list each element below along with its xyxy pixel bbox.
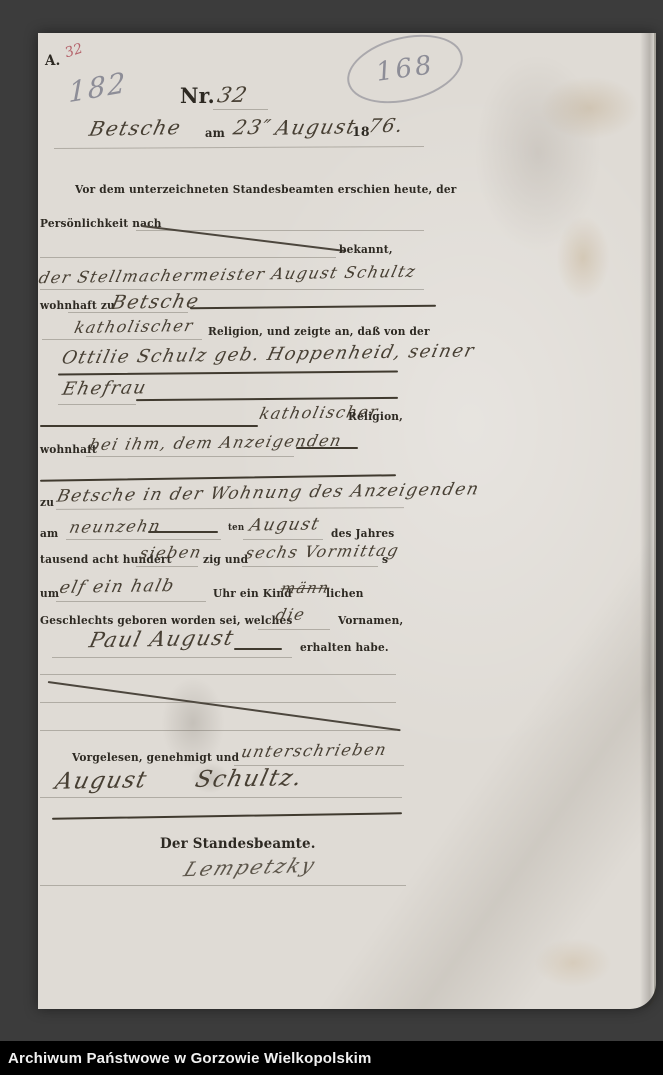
article-value: die: [274, 605, 308, 625]
vorgelesen-label: Vorgelesen, genehmigt und: [72, 751, 239, 764]
rule: [40, 257, 336, 258]
s-label: s: [382, 553, 388, 566]
year-decade-value: sieben: [138, 542, 204, 562]
birth-time-value: elf ein halb: [57, 576, 177, 598]
declarant-signature-last: Schultz.: [193, 765, 306, 793]
birth-day-value: neunzehn: [68, 516, 164, 537]
nr-label: Nr.: [180, 83, 215, 108]
am-label: am: [205, 126, 225, 140]
religion2-label: Religion,: [348, 410, 403, 423]
year-unit-time-value: sechs Vormittag: [243, 541, 401, 563]
rule: [56, 507, 404, 510]
declarant-signature-first: August: [53, 767, 150, 795]
identity-label: Persönlichkeit nach: [40, 217, 162, 230]
rule-ink: [136, 397, 398, 401]
pencil-number: 182: [68, 66, 127, 110]
birth-month-value: August: [248, 514, 323, 535]
date-day: 23″: [231, 115, 274, 140]
unterschrieben-value: unterschrieben: [239, 740, 389, 762]
rule: [243, 539, 323, 540]
date-month: August: [273, 114, 359, 139]
birthplace-value: Betsche in der Wohnung des Anzeigenden: [55, 479, 482, 506]
rule: [58, 404, 136, 405]
document-page: A. 32 182 168 Nr. 32 Betsche am 23″ Augu…: [38, 33, 656, 1009]
rule: [86, 456, 294, 457]
religion1-value: katholischer: [73, 316, 196, 337]
rule-ink: [296, 447, 358, 449]
red-pencil-number: 32: [63, 41, 85, 62]
rule-ink: [234, 648, 282, 650]
nr-value: 32: [215, 83, 250, 108]
rule: [242, 566, 378, 567]
circled-number: 168: [374, 50, 436, 88]
rule: [56, 601, 206, 602]
relation-value: Ehefrau: [60, 377, 149, 399]
rule: [40, 289, 424, 290]
rule: [258, 629, 330, 630]
intro-text: Vor dem unterzeichneten Standesbeamten e…: [75, 183, 457, 196]
scan-viewport: A. 32 182 168 Nr. 32 Betsche am 23″ Augu…: [0, 0, 663, 1075]
gender-value: männ: [279, 579, 332, 598]
rule: [40, 730, 396, 731]
standesbeamte-label: Der Standesbeamte.: [160, 836, 316, 852]
declarant-name: der Stellmachermeister August Schultz: [37, 262, 418, 288]
pencil-circle: 168: [340, 24, 470, 115]
ten-label: ten: [228, 523, 244, 533]
rule: [40, 885, 406, 886]
rule-ink: [58, 371, 398, 375]
rule-ink: [52, 812, 402, 819]
date-year: 76.: [366, 115, 406, 138]
rule-ink: [148, 531, 218, 533]
rule: [40, 674, 396, 675]
rule: [66, 539, 221, 540]
residence-label: wohnhaft zu: [40, 299, 115, 312]
des-jahres-label: des Jahres: [331, 527, 394, 540]
rule: [54, 146, 424, 149]
vornamen-label: Vornamen,: [338, 614, 403, 627]
mother-name: Ottilie Schulz geb. Hoppenheid, seiner: [60, 340, 477, 368]
residence-value: Betsche: [109, 290, 202, 314]
rule-ink: [40, 425, 258, 427]
corner-letter: A.: [45, 53, 60, 69]
religion1-label: Religion, und zeigte an, daß von der: [208, 325, 430, 338]
am2-label: am: [40, 527, 58, 540]
rule: [213, 109, 268, 110]
rule: [68, 312, 188, 313]
child-names-value: Paul August: [87, 626, 237, 653]
known-label: bekannt,: [339, 243, 393, 256]
rule: [52, 657, 292, 658]
zu-label: zu: [40, 496, 54, 509]
rule-ink: [40, 474, 396, 481]
rule: [42, 339, 202, 340]
lichen-label: lichen: [326, 587, 364, 600]
archive-caption-bar: Archiwum Państwowe w Gorzowie Wielkopols…: [0, 1041, 663, 1075]
date-place: Betsche: [87, 115, 184, 141]
rule: [136, 566, 198, 567]
geschlecht-label: Geschlechts geboren worden sei, welches: [40, 614, 293, 627]
archive-name: Archiwum Państwowe w Gorzowie Wielkopols…: [0, 1050, 372, 1067]
rule-ink: [190, 305, 436, 310]
strike-line: [48, 681, 401, 731]
rule: [40, 702, 396, 703]
residence2-value: bei ihm, dem Anzeigenden: [87, 431, 344, 454]
rule: [40, 797, 402, 798]
registrar-signature: Lempetzky: [181, 853, 320, 881]
zig-und-label: zig und: [203, 553, 248, 566]
erhalten-label: erhalten habe.: [300, 641, 389, 654]
um-label: um: [40, 587, 59, 600]
